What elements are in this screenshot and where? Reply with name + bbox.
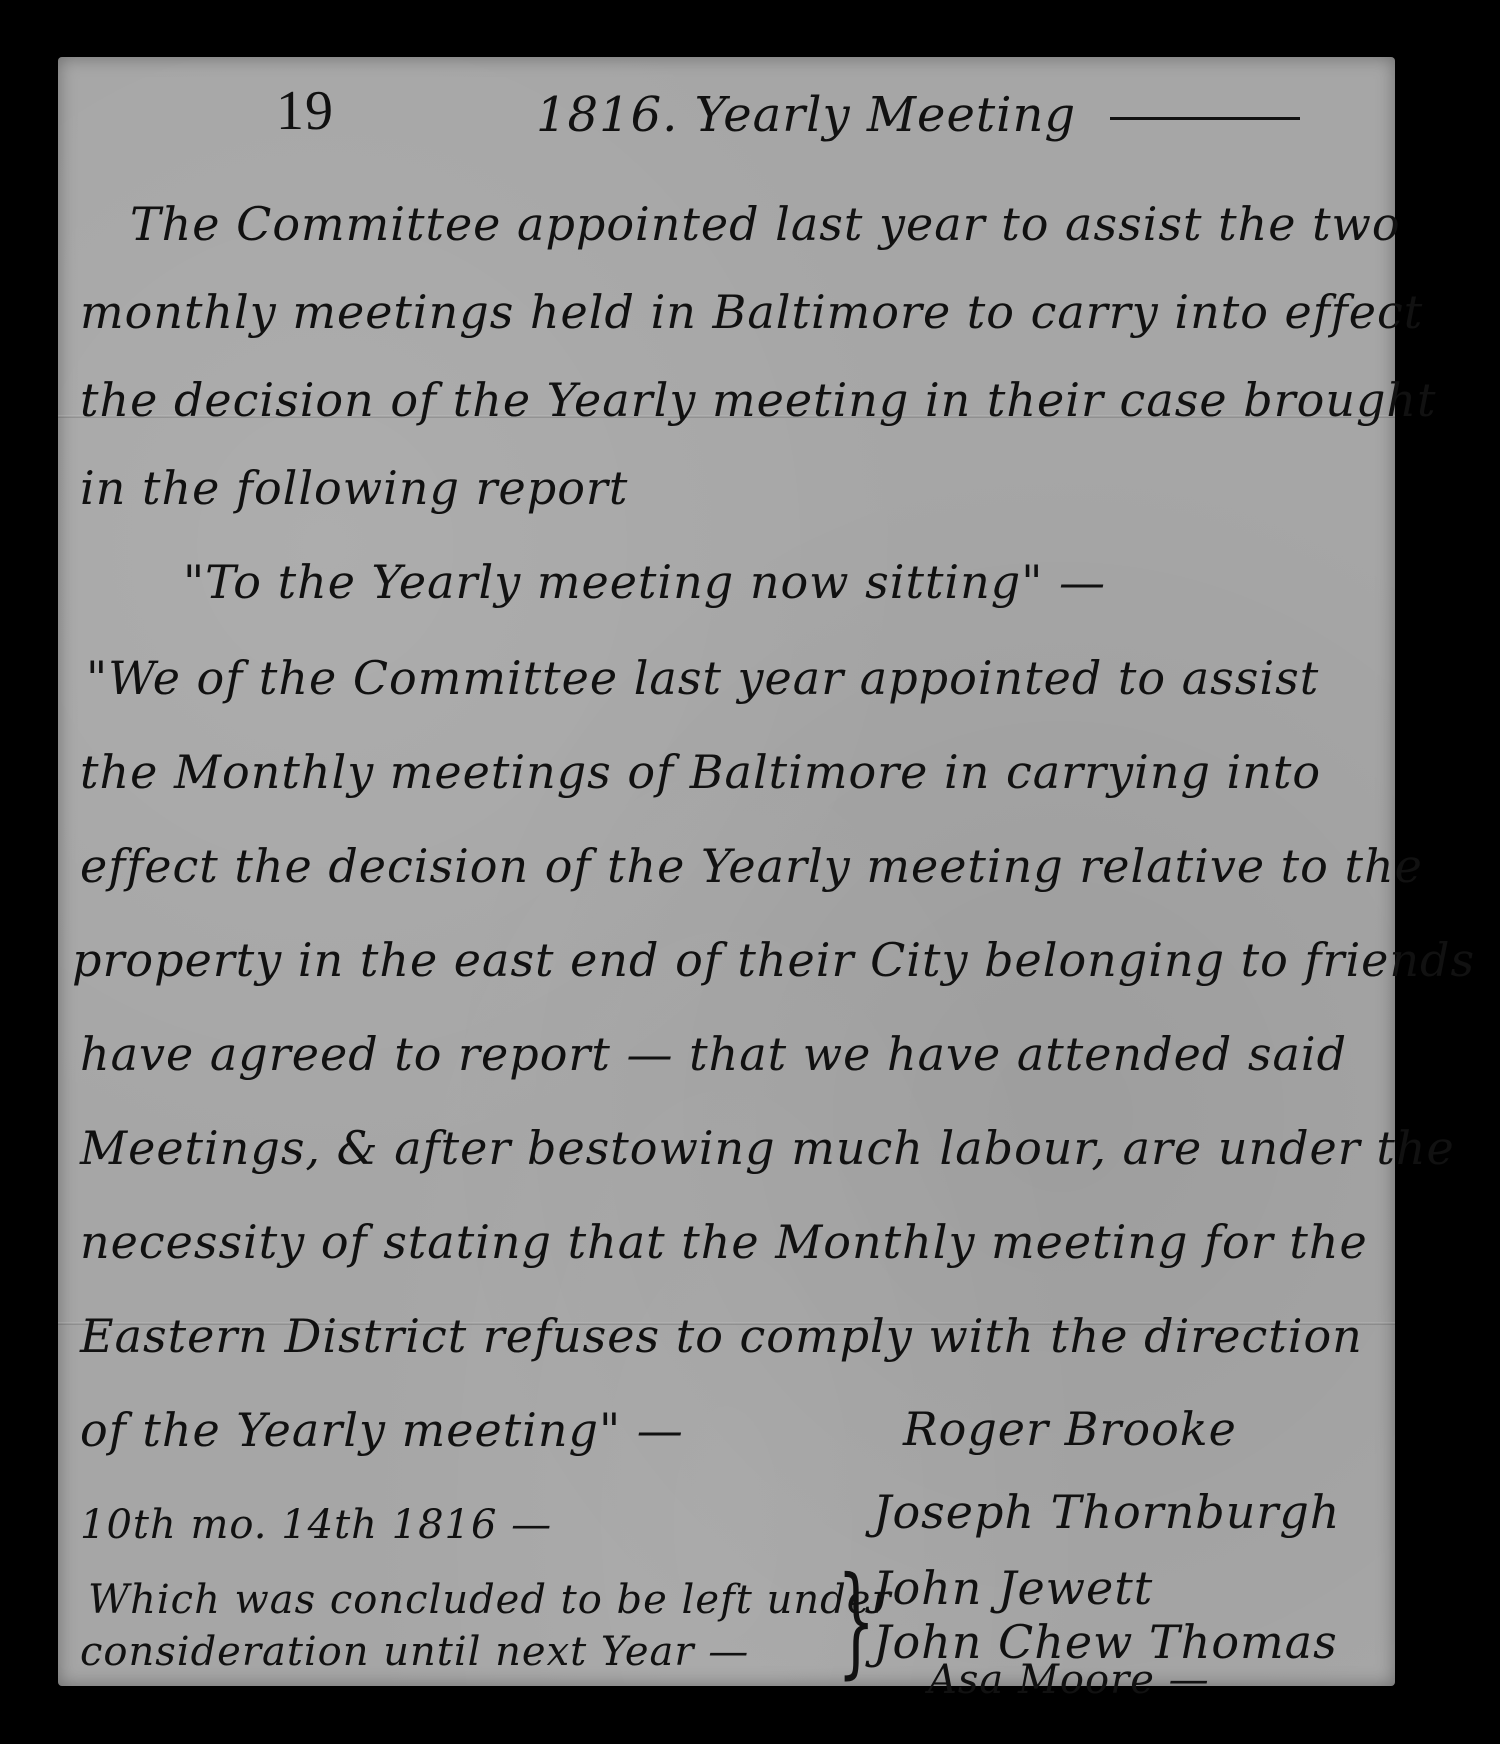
signature-roger-brooke: Roger Brooke <box>903 1402 1237 1456</box>
conclusion-line-2: consideration until next Year — <box>80 1629 749 1675</box>
intro-line-3: the decision of the Yearly meeting in th… <box>80 373 1437 427</box>
intro-line-2: monthly meetings held in Baltimore to ca… <box>80 285 1423 339</box>
curly-brace: } <box>837 1552 875 1691</box>
page-number: 19 <box>276 79 334 143</box>
report-line-3: effect the decision of the Yearly meetin… <box>80 839 1423 893</box>
report-line-5: have agreed to report — that we have att… <box>80 1027 1347 1081</box>
report-line-7: necessity of stating that the Monthly me… <box>80 1215 1368 1269</box>
page-heading-text: 1816. Yearly Meeting <box>536 87 1076 143</box>
page-heading: 1816. Yearly Meeting <box>536 87 1300 143</box>
intro-line-4: in the following report <box>80 461 628 515</box>
signature-john-jewett: John Jewett <box>873 1561 1153 1615</box>
report-line-6: Meetings, & after bestowing much labour,… <box>80 1121 1455 1175</box>
address-line: "To the Yearly meeting now sitting" — <box>183 555 1106 609</box>
report-line-4: property in the east end of their City b… <box>72 933 1475 987</box>
heading-rule <box>1110 117 1300 120</box>
signature-asa-moore: Asa Moore — <box>928 1657 1210 1703</box>
report-date: 10th mo. 14th 1816 — <box>80 1502 552 1548</box>
intro-line-1: The Committee appointed last year to ass… <box>130 197 1401 251</box>
report-line-2: the Monthly meetings of Baltimore in car… <box>80 745 1321 799</box>
manuscript-page: 19 1816. Yearly Meeting The Committee ap… <box>58 57 1395 1686</box>
report-line-9: of the Yearly meeting" — <box>80 1403 684 1457</box>
conclusion-line-1: Which was concluded to be left under <box>88 1577 892 1623</box>
signature-joseph-thornburgh: Joseph Thornburgh <box>873 1485 1340 1539</box>
report-line-1: "We of the Committee last year appointed… <box>86 651 1319 705</box>
report-line-8: Eastern District refuses to comply with … <box>80 1309 1363 1363</box>
